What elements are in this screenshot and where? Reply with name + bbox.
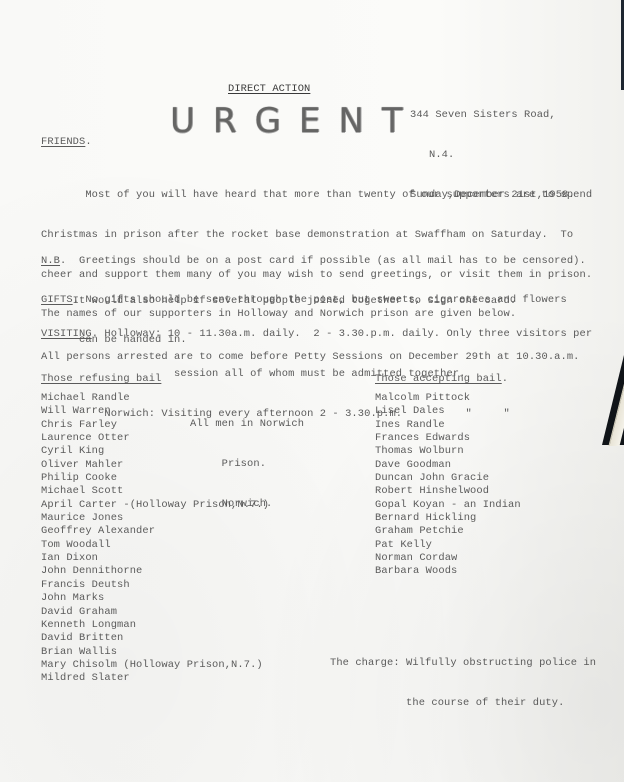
visiting-line: . Holloway: 10 - 11.30a.m. daily. 2 - 3.…	[92, 328, 593, 340]
list-item: Brian Wallis	[41, 646, 269, 659]
urgent-stamp: URGENT	[170, 101, 421, 141]
list-item: Frances Edwards	[375, 432, 521, 445]
list-item: John Dennithorne	[41, 565, 269, 578]
note-line: Norwich.	[190, 498, 304, 511]
list-item: Kenneth Longman	[41, 619, 269, 632]
salutation: FRIENDS.	[41, 136, 92, 149]
list-item: Gopal Koyan - an Indian	[375, 499, 521, 512]
list-item: David Graham	[41, 606, 269, 619]
list-item: Malcolm Pittock	[375, 392, 521, 405]
note-line: Prison.	[190, 458, 304, 471]
accepting-bail-heading: Those accepting bail	[375, 373, 502, 385]
list-item: Mildred Slater	[41, 672, 269, 685]
visiting-label: VISITING	[41, 328, 92, 340]
norwich-prison-note: All men in Norwich Prison. Norwich.	[190, 392, 304, 537]
accepting-bail-heading-wrap: Those accepting bail.	[375, 373, 508, 386]
organization-heading: DIRECT ACTION	[228, 83, 310, 96]
list-item: Pat Kelly	[375, 539, 521, 552]
list-item: David Britten	[41, 632, 269, 645]
charge-line: the course of their duty.	[330, 697, 596, 710]
list-item: Norman Cordaw	[375, 552, 521, 565]
list-item: Duncan John Gracie	[375, 472, 521, 485]
document-page: DIRECT ACTION URGENT 344 Seven Sisters R…	[0, 0, 624, 782]
list-item: Barbara Woods	[375, 565, 521, 578]
list-item: Tom Woodall	[41, 539, 269, 552]
list-item: Robert Hinshelwood	[375, 485, 521, 498]
list-item: Bernard Hickling	[375, 512, 521, 525]
nb-line: . Greetings should be on a post card if …	[60, 255, 586, 267]
charge-line: The charge: Wilfully obstructing police …	[330, 657, 596, 670]
list-item: Graham Petchie	[375, 525, 521, 538]
list-item: Francis Deutsh	[41, 579, 269, 592]
address-line: 344 Seven Sisters Road,	[410, 109, 575, 122]
accepting-bail-list: Malcolm PittockLisel DalesInes RandleFra…	[375, 392, 521, 579]
list-item: Lisel Dales	[375, 405, 521, 418]
refusing-bail-heading: Those refusing bail	[41, 373, 161, 386]
list-item: Mary Chisolm (Holloway Prison,N.7.)	[41, 659, 269, 672]
paragraph-line: Most of you will have heard that more th…	[41, 189, 592, 202]
list-item: Ines Randle	[375, 419, 521, 432]
nb-label: N.B	[41, 255, 60, 267]
list-item: Thomas Wolburn	[375, 445, 521, 458]
list-item: John Marks	[41, 592, 269, 605]
charge-note: The charge: Wilfully obstructing police …	[330, 631, 596, 737]
address-line: N.4.	[410, 149, 575, 162]
list-item: Dave Goodman	[375, 459, 521, 472]
list-item: Ian Dixon	[41, 552, 269, 565]
arrest-notice: All persons arrested are to come before …	[41, 351, 580, 364]
note-line: All men in Norwich	[190, 418, 304, 431]
salutation-text: FRIENDS	[41, 136, 85, 148]
